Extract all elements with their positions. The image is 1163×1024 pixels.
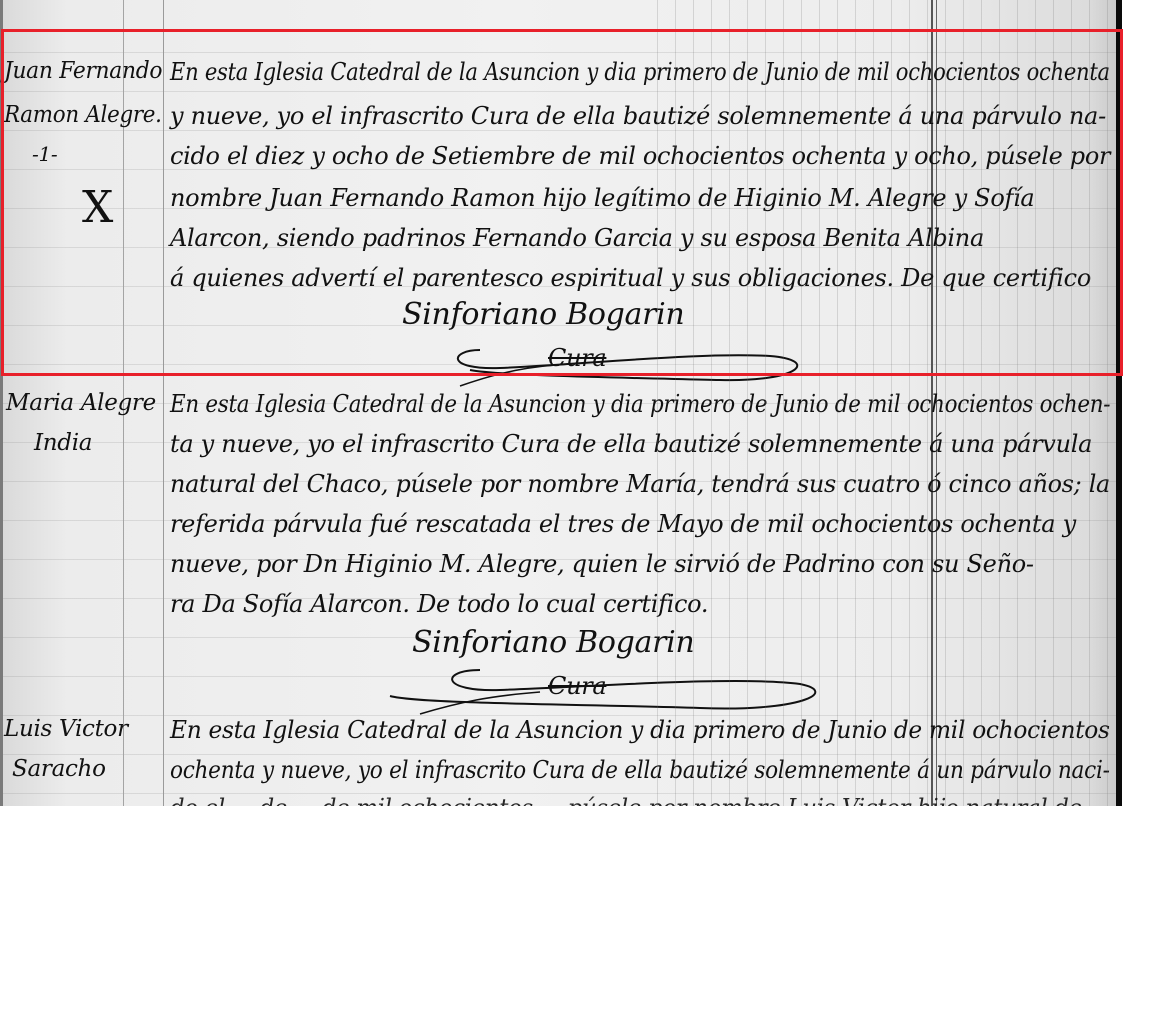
entry-text-line: En esta Iglesia Catedral de la Asuncion … [170,392,1110,416]
entry-text-line: En esta Iglesia Catedral de la Asuncion … [170,60,1110,84]
entry-text-line: á quienes advertí el parentesco espiritu… [170,266,1091,290]
entry-margin-name-line1: Maria Alegre [6,392,156,415]
entry-text-line: nombre Juan Fernando Ramon hijo legítimo… [170,186,1034,210]
entry-text-line: Alarcon, siendo padrinos Fernando Garcia… [170,226,984,250]
entry-text-line: y nueve, yo el infrascrito Cura de ella … [170,104,1106,128]
entry-text-line: natural del Chaco, púsele por nombre Mar… [170,472,1110,496]
signature-flourish-icon [380,656,830,716]
signature-flourish-icon [440,330,820,390]
entry-text-line: En esta Iglesia Catedral de la Asuncion … [170,718,1110,742]
entry-margin-name-line1: Luis Victor [4,718,128,741]
entry-margin-name-line2: Ramon Alegre. [4,104,162,127]
entry-text-line: ochenta y nueve, yo el infrascrito Cura … [170,758,1110,782]
ledger-page-scan: Juan Fernando Ramon Alegre. -1- X En est… [0,0,1122,806]
entry-text-line: cido el diez y ocho de Setiembre de mil … [170,144,1110,168]
entry-text-line-cut: do el ... de ... de mil ochocientos ... … [170,796,1110,806]
entry-text-line: ra Da Sofía Alarcon. De todo lo cual cer… [170,592,708,616]
cross-mark: X [82,186,113,230]
entry-margin-name-line2: Saracho [12,758,106,781]
entry-text-line: nueve, por Dn Higinio M. Alegre, quien l… [170,552,1034,576]
priest-signature: Sinforiano Bogarin [402,300,684,330]
page-right-edge [1116,0,1122,806]
priest-signature: Sinforiano Bogarin [412,628,694,658]
entry-margin-name-line1: Juan Fernando [4,60,162,83]
page-left-edge [0,0,3,806]
entry-margin-name-line2: India [34,432,92,455]
column-rule-margin [163,0,164,806]
entry-number: -1- [32,144,57,164]
entry-text-line: referida párvula fué rescatada el tres d… [170,512,1076,536]
entry-text-line: ta y nueve, yo el infrascrito Cura de el… [170,432,1092,456]
